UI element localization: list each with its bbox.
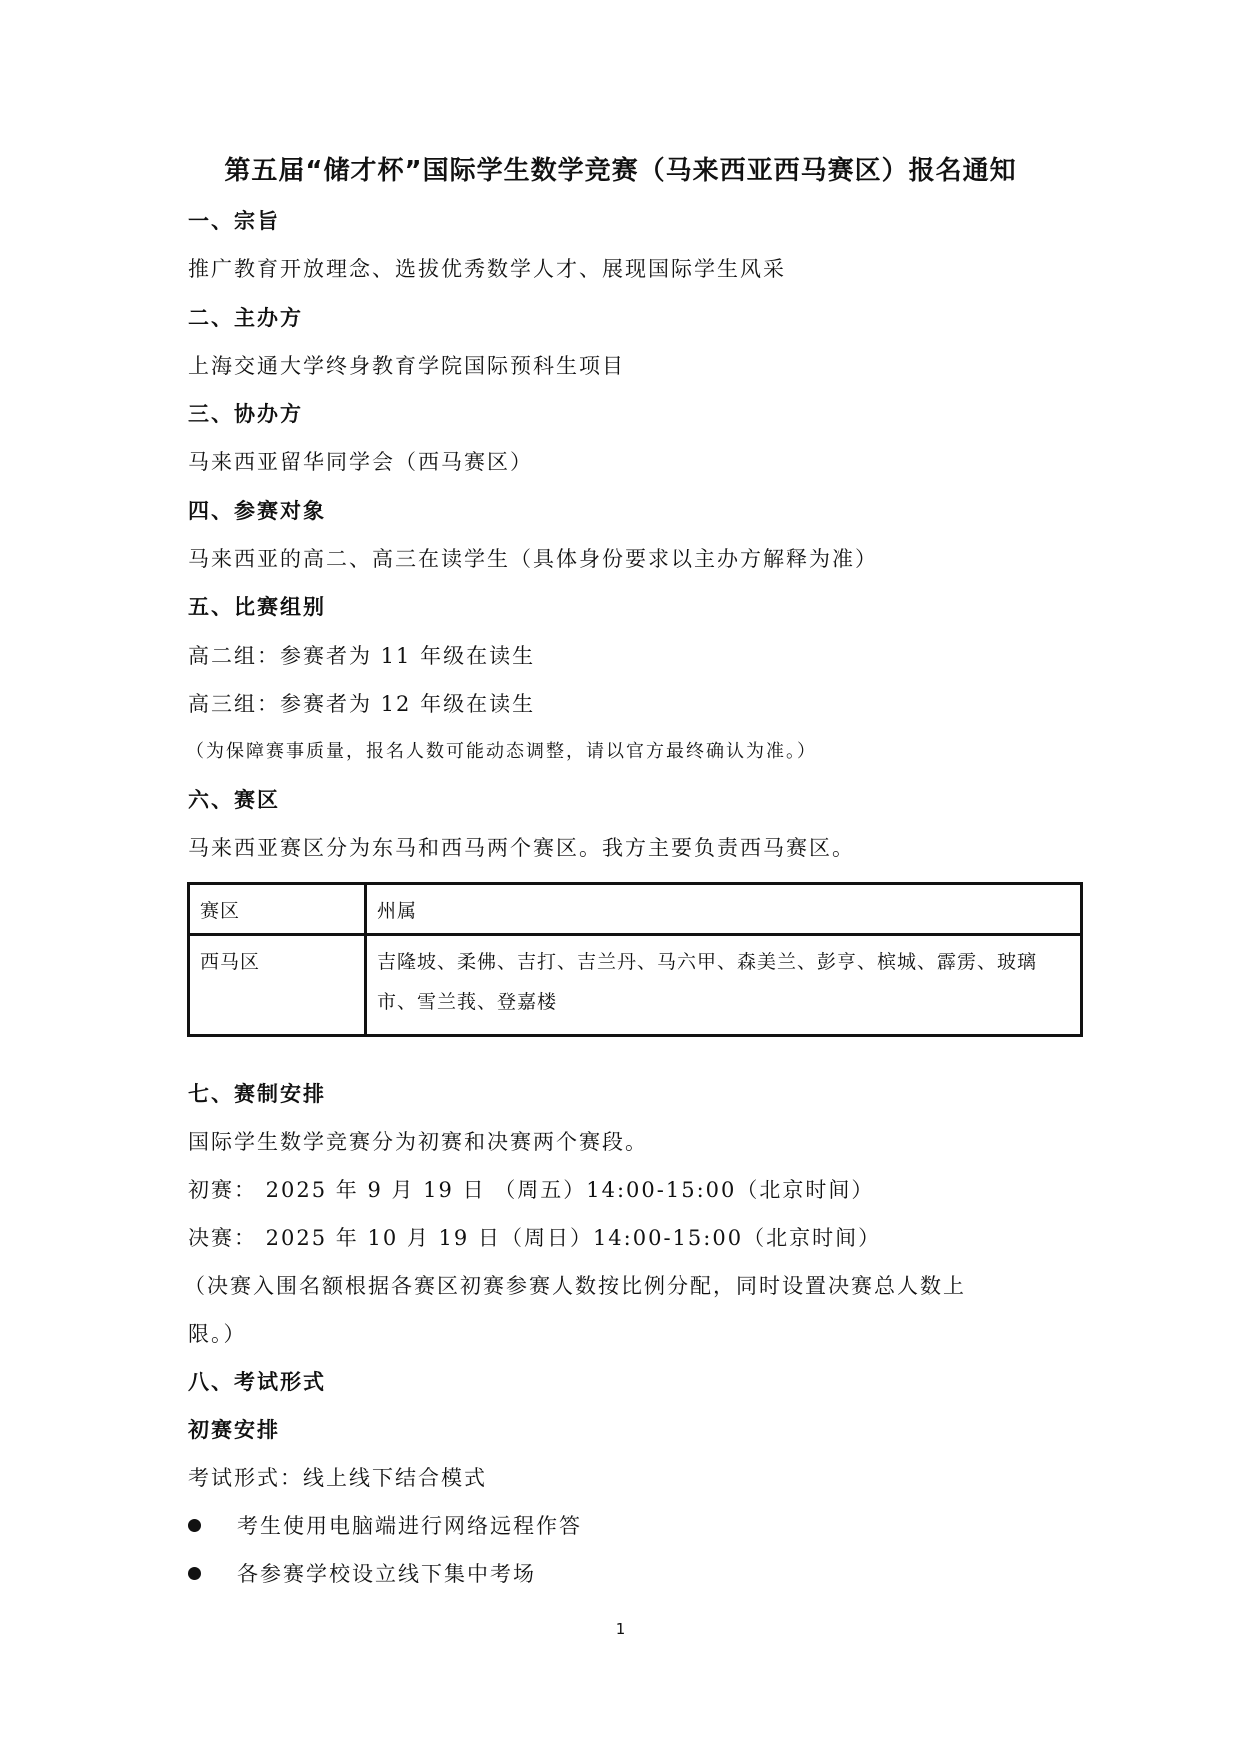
section-heading-regions: 六、赛区 — [188, 784, 280, 814]
schedule-note-line1: （决赛入围名额根据各赛区初赛参赛人数按比例分配，同时设置决赛总人数上 — [184, 1270, 966, 1300]
region-table: 赛区 州属 西马区 吉隆坡、柔佛、吉打、吉兰丹、马六甲、森美兰、彭亨、槟城、霹雳… — [187, 882, 1083, 1037]
section-body-organizer: 上海交通大学终身教育学院国际预科生项目 — [188, 350, 625, 380]
section-body-purpose: 推广教育开放理念、选拔优秀数学人才、展现国际学生风采 — [188, 253, 786, 283]
schedule-prelim: 初赛： 2025 年 9 月 19 日 （周五）14:00-15:00（北京时间… — [188, 1174, 874, 1204]
group-grade12: 高三组：参赛者为 12 年级在读生 — [188, 688, 535, 718]
header-region: 赛区 — [189, 884, 366, 935]
bullet-icon — [188, 1567, 201, 1580]
region-table-header: 赛区 州属 — [189, 884, 1082, 935]
section-heading-schedule: 七、赛制安排 — [188, 1078, 326, 1108]
cell-states: 吉隆坡、柔佛、吉打、吉兰丹、马六甲、森美兰、彭亨、槟城、霹雳、玻璃市、雪兰莪、登… — [366, 935, 1082, 1036]
document-page: 第五届“储才杯”国际学生数学竞赛（马来西亚西马赛区）报名通知 一、宗旨 推广教育… — [0, 0, 1241, 1755]
section-heading-eligibility: 四、参赛对象 — [188, 495, 326, 525]
schedule-final: 决赛： 2025 年 10 月 19 日（周日）14:00-15:00（北京时间… — [188, 1222, 881, 1252]
table-row: 西马区 吉隆坡、柔佛、吉打、吉兰丹、马六甲、森美兰、彭亨、槟城、霹雳、玻璃市、雪… — [189, 935, 1082, 1036]
bullet-item: 各参赛学校设立线下集中考场 — [188, 1558, 536, 1588]
document-title: 第五届“储才杯”国际学生数学竞赛（马来西亚西马赛区）报名通知 — [0, 150, 1241, 187]
section-body-regions: 马来西亚赛区分为东马和西马两个赛区。我方主要负责西马赛区。 — [188, 832, 855, 862]
bullet-text: 各参赛学校设立线下集中考场 — [237, 1562, 536, 1586]
section-body-co-organizer: 马来西亚留华同学会（西马赛区） — [188, 446, 533, 476]
section-heading-organizer: 二、主办方 — [188, 302, 303, 332]
group-grade11: 高二组：参赛者为 11 年级在读生 — [188, 640, 535, 670]
header-states: 州属 — [366, 884, 1082, 935]
section-heading-co-organizer: 三、协办方 — [188, 398, 303, 428]
cell-region: 西马区 — [189, 935, 366, 1036]
bullet-item: 考生使用电脑端进行网络远程作答 — [188, 1510, 582, 1540]
subheading-prelim-arrangement: 初赛安排 — [188, 1414, 280, 1444]
page-number: 1 — [0, 1620, 1241, 1638]
section-heading-purpose: 一、宗旨 — [188, 205, 280, 235]
bullet-text: 考生使用电脑端进行网络远程作答 — [237, 1514, 582, 1538]
groups-note: （为保障赛事质量，报名人数可能动态调整，请以官方最终确认为准。） — [186, 737, 817, 763]
section-heading-groups: 五、比赛组别 — [188, 591, 326, 621]
section-heading-exam-format: 八、考试形式 — [188, 1366, 326, 1396]
section-body-schedule: 国际学生数学竞赛分为初赛和决赛两个赛段。 — [188, 1126, 648, 1156]
bullet-icon — [188, 1519, 201, 1532]
schedule-note-line2: 限。） — [188, 1318, 247, 1348]
exam-format: 考试形式：线上线下结合模式 — [188, 1462, 487, 1492]
section-body-eligibility: 马来西亚的高二、高三在读学生（具体身份要求以主办方解释为准） — [188, 543, 878, 573]
